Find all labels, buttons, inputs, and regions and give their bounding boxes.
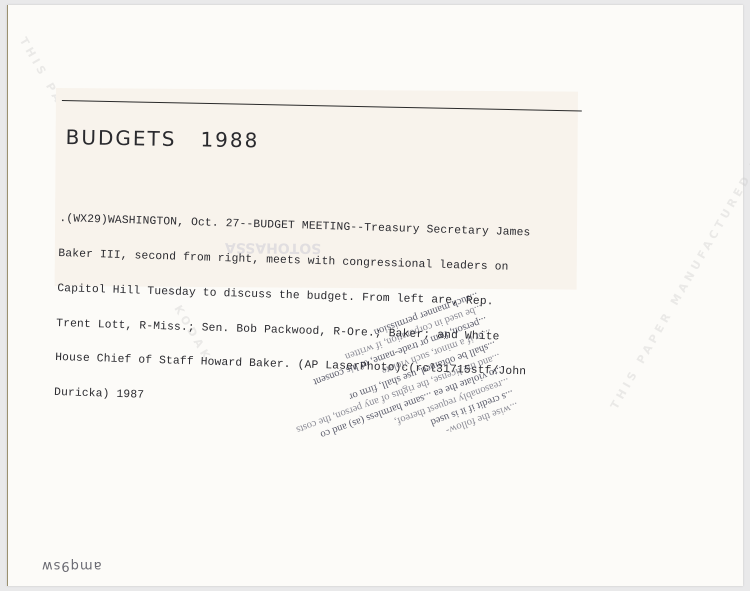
title-word: BUDGETS bbox=[65, 125, 176, 151]
caption-clipping: BUDGETS1988 SOTOHASSA .(WX29)WASHINGTON,… bbox=[55, 88, 578, 290]
paper-watermark: THIS PAPER MANUFACTURED BY KODAK bbox=[608, 82, 750, 411]
caption-line: .(WX29)WASHINGTON, Oct. 27--BUDGET MEETI… bbox=[59, 214, 579, 241]
handwritten-note: amq9sw bbox=[41, 558, 102, 573]
caption-line: Baker III, second from right, meets with… bbox=[58, 249, 578, 276]
clipping-rule-line bbox=[62, 100, 582, 111]
handwritten-title: BUDGETS1988 bbox=[65, 125, 259, 152]
photo-back-sheet: THIS PAPER MANUFACTURED BY KODAK THIS PA… bbox=[7, 5, 743, 586]
title-year: 1988 bbox=[200, 127, 259, 152]
